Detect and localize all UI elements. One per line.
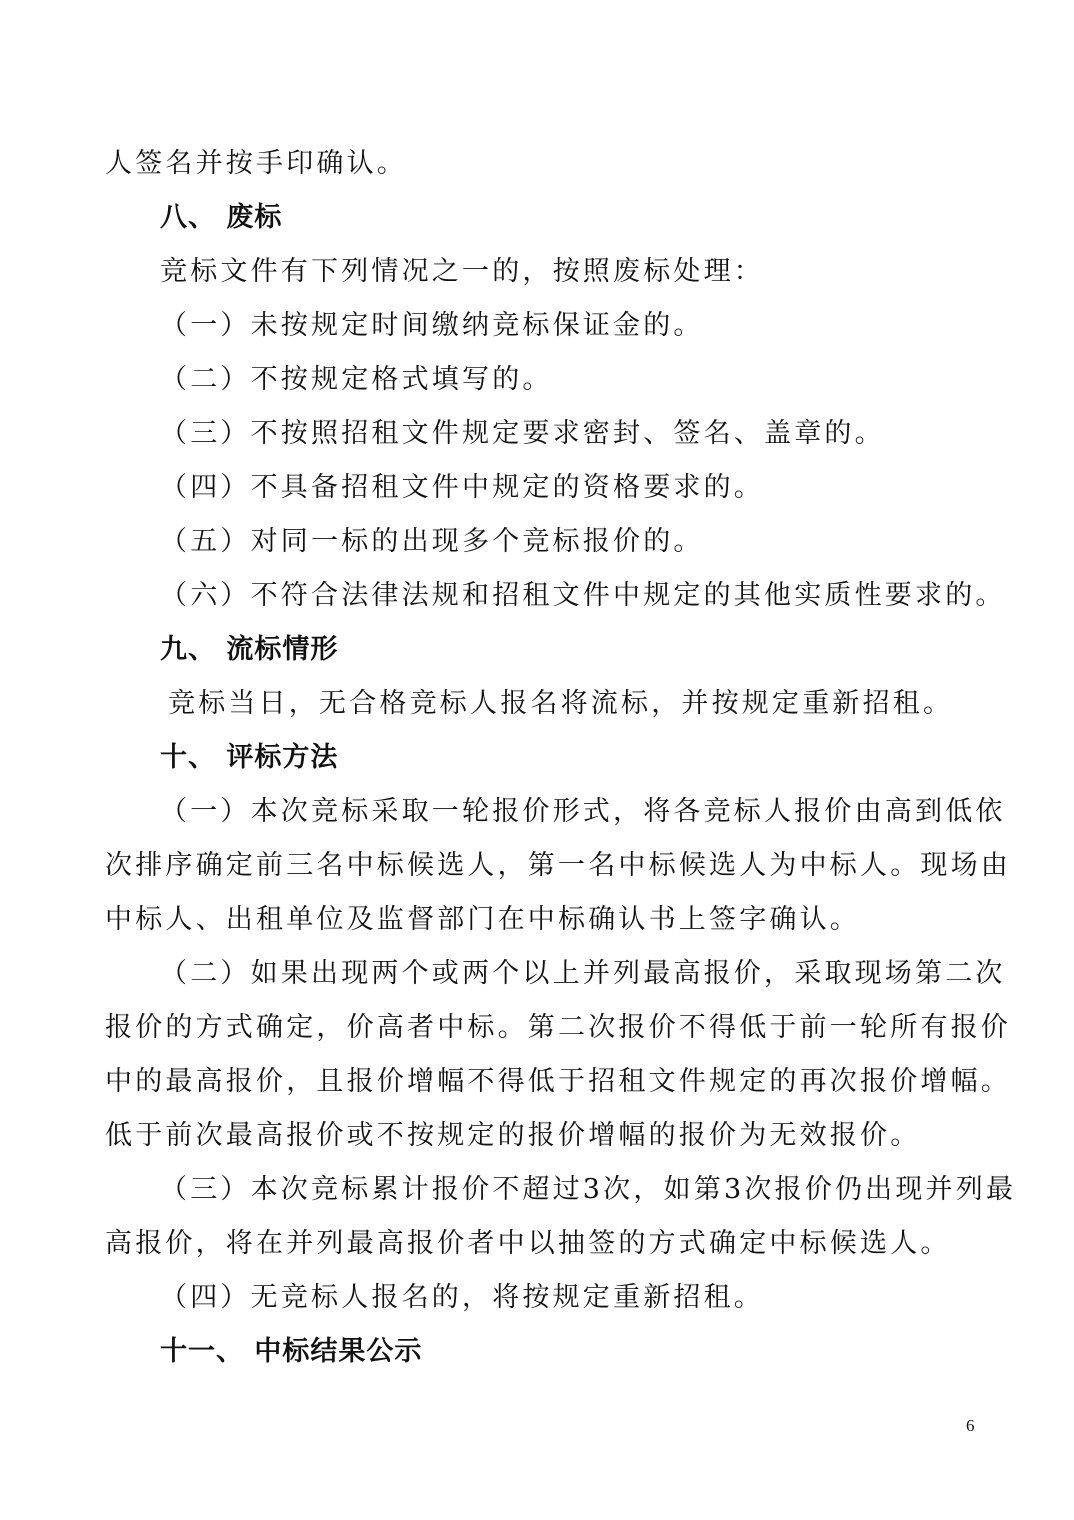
body-text: 高报价，将在并列最高报价者中以抽签的方式确定中标候选人。 [105, 1227, 951, 1261]
section-heading-11: 十一、 中标结果公示 [160, 1335, 422, 1369]
body-text: 次排序确定前三名中标候选人，第一名中标候选人为中标人。现场由 [105, 849, 1011, 883]
list-item: （二）如果出现两个或两个以上并列最高报价，采取现场第二次 [160, 957, 1006, 991]
section-heading-10: 十、 评标方法 [160, 741, 338, 775]
list-item: （一）本次竞标采取一轮报价形式，将各竞标人报价由高到低依 [160, 795, 1006, 829]
list-item: （五）对同一标的出现多个竞标报价的。 [160, 525, 704, 559]
body-text: 报价的方式确定，价高者中标。第二次报价不得低于前一轮所有报价 [105, 1011, 1011, 1045]
body-text: 人签名并按手印确认。 [105, 147, 407, 181]
page-number: 6 [966, 1416, 975, 1436]
section-heading-9: 九、 流标情形 [160, 633, 338, 667]
body-text: 中标人、出租单位及监督部门在中标确认书上签字确认。 [105, 903, 860, 937]
list-item: （二）不按规定格式填写的。 [160, 363, 553, 397]
list-item: （三）不按照招租文件规定要求密封、签名、盖章的。 [160, 417, 885, 451]
list-item: （四）不具备招租文件中规定的资格要求的。 [160, 471, 764, 505]
list-item: （六）不符合法律法规和招租文件中规定的其他实质性要求的。 [160, 579, 1006, 613]
body-text: 竞标当日，无合格竞标人报名将流标，并按规定重新招租。 [168, 687, 953, 721]
list-item: （三）本次竞标累计报价不超过3次，如第3次报价仍出现并列最 [160, 1173, 1016, 1207]
body-text: 竞标文件有下列情况之一的，按照废标处理： [160, 255, 764, 289]
body-text: 中的最高报价，且报价增幅不得低于招租文件规定的再次报价增幅。 [105, 1065, 1011, 1099]
list-item: （一）未按规定时间缴纳竞标保证金的。 [160, 309, 704, 343]
body-text: 低于前次最高报价或不按规定的报价增幅的报价为无效报价。 [105, 1119, 920, 1153]
list-item: （四）无竞标人报名的，将按规定重新招租。 [160, 1281, 764, 1315]
section-heading-8: 八、 废标 [160, 201, 282, 235]
